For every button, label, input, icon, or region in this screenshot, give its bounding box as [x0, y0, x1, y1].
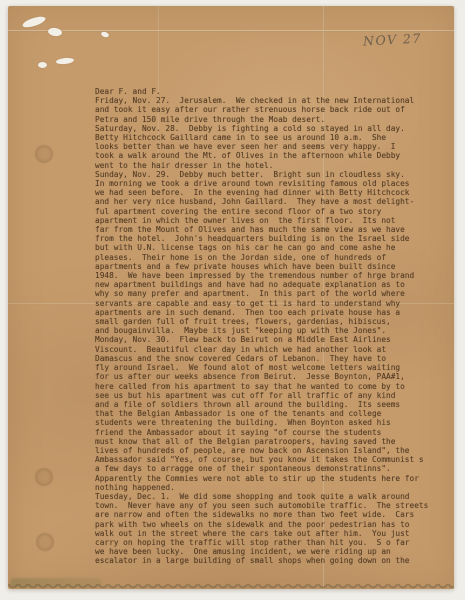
letter-line: that the Belgian Ambassador is one of th…	[95, 409, 428, 418]
paper-tear	[38, 62, 47, 68]
letter-line: new apartment buildings and have had no …	[95, 280, 428, 289]
letter-line: took a walk around the Mt. of Olives in …	[95, 151, 428, 160]
letter-line: Sunday, Nov. 29. Debby much better. Brig…	[95, 170, 428, 179]
letter-line: and her very nice husband, John Gaillard…	[95, 197, 428, 206]
letter-line: and a file of soldiers thrown all around…	[95, 400, 428, 409]
scanned-letter: NOV 27 Dear F. and F.Friday, Nov. 27. Je…	[0, 0, 465, 600]
letter-line: Friday, Nov. 27. Jerusalem. We checked i…	[95, 96, 428, 105]
letter-line: fly around Israel. We found alot of most…	[95, 363, 428, 372]
letter-line: 1948. We have been impressed by the trem…	[95, 271, 428, 280]
letter-line: from the hotel. John's headquarters buil…	[95, 234, 428, 243]
letter-line: why so many prefer and apartment. In thi…	[95, 289, 428, 298]
letter-line: Dear F. and F.	[95, 87, 428, 96]
letter-line: Damascus and the snow covered Cedars of …	[95, 354, 428, 363]
letter-line: for us after our weeks absence from Beir…	[95, 372, 428, 381]
paper-stain	[36, 533, 54, 551]
letter-line: are narrow and often the sidewalks no mo…	[95, 510, 428, 519]
letter-line: servants are capable and easy to get ti …	[95, 299, 428, 308]
letter-line: and bougainvilla. Maybe its just "keepin…	[95, 326, 428, 335]
letter-line: Saturday, Nov. 28. Debby is fighting a c…	[95, 124, 428, 133]
paper-tear	[56, 57, 75, 65]
letter-line: In morning we took a drive around town r…	[95, 179, 428, 188]
letter-line: apartments are in such demand. Then too …	[95, 308, 428, 317]
letter-line: carry on hoping the traffic will stop ra…	[95, 538, 428, 547]
handwritten-date-annotation: NOV 27	[363, 30, 423, 48]
letter-line: Tuesday, Dec. 1. We did some shopping an…	[95, 492, 428, 501]
letter-line: pleases. Their home is on the Jordan sid…	[95, 253, 428, 262]
letter-line: nothing happened.	[95, 483, 428, 492]
letter-line: walk out in the street where the cars ta…	[95, 529, 428, 538]
deckle-edge	[8, 581, 454, 589]
letter-line: friend the Ambassador about it saying "o…	[95, 428, 428, 437]
letter-line: Viscount. Beautiful clear day in which w…	[95, 345, 428, 354]
paper-tear	[48, 27, 63, 37]
letter-line: looks better than we have ever seen her …	[95, 142, 428, 151]
letter-line: Betty Hitchcock Gaillard came in to see …	[95, 133, 428, 142]
letter-line: but with U.N. license tags on his car he…	[95, 243, 428, 252]
paper-tear	[21, 14, 46, 29]
letter-line: apartments and a few private houses whic…	[95, 262, 428, 271]
letter-line: and took it easy after our rather strenu…	[95, 105, 428, 114]
letter-line: Ambassador said "Yes, of course, but you…	[95, 455, 428, 464]
letter-line: went to the hair dresser in the hotel.	[95, 161, 428, 170]
letter-line: we had seen before. In the evening had d…	[95, 188, 428, 197]
letter-line: must know that all of the Belgian paratr…	[95, 437, 428, 446]
letter-line: lives of hundreds of people, are now bac…	[95, 446, 428, 455]
paper-stain	[35, 145, 53, 163]
letter-body: Dear F. and F.Friday, Nov. 27. Jerusalem…	[95, 87, 428, 566]
paper-stain	[35, 468, 53, 486]
letter-line: park with two wheels on the sidewalk and…	[95, 520, 428, 529]
letter-line: we have been lucky. One amusing incident…	[95, 547, 428, 556]
letter-line: small garden full of fruit trees, flower…	[95, 317, 428, 326]
letter-line: escalator in a large building of small s…	[95, 556, 428, 565]
letter-line: ful apartment covering the entire second…	[95, 207, 428, 216]
letter-line: Monday, Nov. 30. Flew back to Beirut on …	[95, 335, 428, 344]
letter-line: far from the Mount of Olives and has muc…	[95, 225, 428, 234]
letter-line: a few days to arragge one of their spont…	[95, 464, 428, 473]
letter-line: students were threatening the building. …	[95, 418, 428, 427]
letter-line: Petra and 150 mile drive through the Moa…	[95, 115, 428, 124]
letter-line: Apparently the Commies were not able to …	[95, 474, 428, 483]
letter-line: town. Never have any of you seen such au…	[95, 501, 428, 510]
letter-paper: NOV 27 Dear F. and F.Friday, Nov. 27. Je…	[8, 6, 454, 589]
letter-line: see us but his apartment was cut off for…	[95, 391, 428, 400]
letter-line: here called from his apartment to say th…	[95, 382, 428, 391]
letter-line: apartment in which the owner lives on th…	[95, 216, 428, 225]
